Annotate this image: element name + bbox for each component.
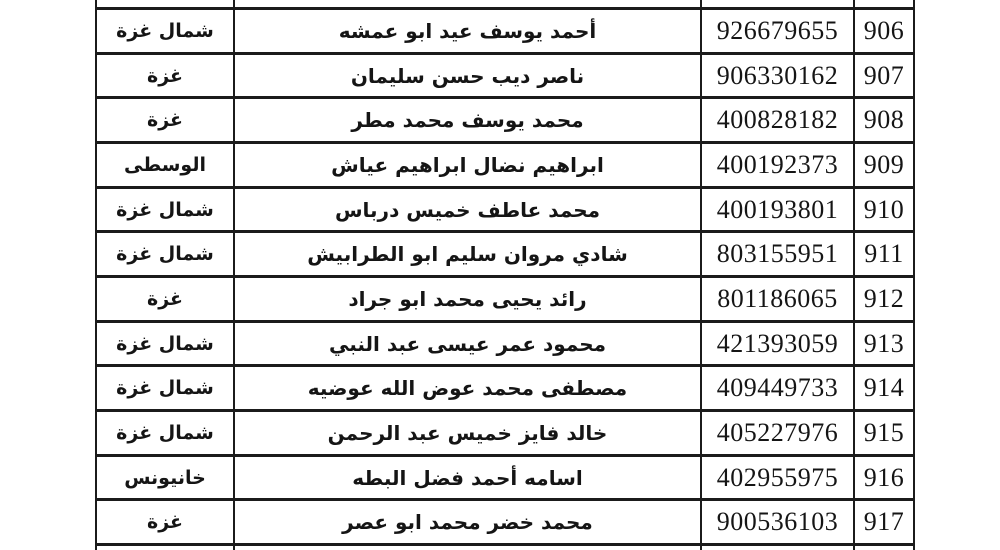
region-cell: شمال غزة xyxy=(97,10,233,52)
name-cell-partial xyxy=(233,546,700,550)
region-cell: غزة xyxy=(97,278,233,320)
name-cell: شادي مروان سليم ابو الطرابيش xyxy=(233,233,700,275)
serial-cell: 911 xyxy=(853,233,913,275)
region-cell: شمال غزة xyxy=(97,412,233,454)
table-row: غزة محمد خضر محمد ابو عصر 900536103 917 xyxy=(97,501,913,546)
id-number-cell-partial xyxy=(700,546,853,550)
serial-cell-partial xyxy=(853,546,913,550)
table-row: شمال غزة محمد عاطف خميس درباس 400193801 … xyxy=(97,189,913,234)
serial-cell: 916 xyxy=(853,457,913,499)
serial-cell: 915 xyxy=(853,412,913,454)
id-number-cell: 400192373 xyxy=(700,144,853,186)
name-cell-partial xyxy=(233,0,700,7)
table-row-partial-top xyxy=(97,0,913,10)
id-number-cell: 803155951 xyxy=(700,233,853,275)
id-number-cell: 421393059 xyxy=(700,323,853,365)
name-cell: محمود عمر عيسى عبد النبي xyxy=(233,323,700,365)
name-cell: ابراهيم نضال ابراهيم عياش xyxy=(233,144,700,186)
table-row: شمال غزة شادي مروان سليم ابو الطرابيش 80… xyxy=(97,233,913,278)
name-cell: مصطفى محمد عوض الله عوضيه xyxy=(233,367,700,409)
serial-cell: 909 xyxy=(853,144,913,186)
id-number-cell: 409449733 xyxy=(700,367,853,409)
table-body: شمال غزة أحمد يوسف عيد ابو عمشه 92667965… xyxy=(97,10,913,546)
serial-cell: 917 xyxy=(853,501,913,543)
id-number-cell: 400193801 xyxy=(700,189,853,231)
serial-cell: 907 xyxy=(853,55,913,97)
table-row: غزة محمد يوسف محمد مطر 400828182 908 xyxy=(97,99,913,144)
scanned-document-page: شمال غزة أحمد يوسف عيد ابو عمشه 92667965… xyxy=(0,0,1000,550)
region-cell: غزة xyxy=(97,55,233,97)
serial-cell: 914 xyxy=(853,367,913,409)
id-number-cell: 906330162 xyxy=(700,55,853,97)
region-cell: شمال غزة xyxy=(97,189,233,231)
region-cell-partial xyxy=(97,0,233,7)
table-row: غزة ناصر ديب حسن سليمان 906330162 907 xyxy=(97,55,913,100)
serial-cell: 910 xyxy=(853,189,913,231)
region-cell: خانيونس xyxy=(97,457,233,499)
region-cell: شمال غزة xyxy=(97,367,233,409)
name-cell: اسامه أحمد فضل البطه xyxy=(233,457,700,499)
table-row: شمال غزة أحمد يوسف عيد ابو عمشه 92667965… xyxy=(97,10,913,55)
name-cell: ناصر ديب حسن سليمان xyxy=(233,55,700,97)
region-cell: الوسطى xyxy=(97,144,233,186)
name-cell: خالد فايز خميس عبد الرحمن xyxy=(233,412,700,454)
id-number-cell: 801186065 xyxy=(700,278,853,320)
id-number-cell: 405227976 xyxy=(700,412,853,454)
records-table: شمال غزة أحمد يوسف عيد ابو عمشه 92667965… xyxy=(95,0,915,550)
serial-cell: 906 xyxy=(853,10,913,52)
id-number-cell: 402955975 xyxy=(700,457,853,499)
table-row: خانيونس اسامه أحمد فضل البطه 402955975 9… xyxy=(97,457,913,502)
table-row-partial-bottom xyxy=(97,546,913,550)
name-cell: محمد عاطف خميس درباس xyxy=(233,189,700,231)
serial-cell-partial xyxy=(853,0,913,7)
table-row: شمال غزة خالد فايز خميس عبد الرحمن 40522… xyxy=(97,412,913,457)
table-row: الوسطى ابراهيم نضال ابراهيم عياش 4001923… xyxy=(97,144,913,189)
serial-cell: 912 xyxy=(853,278,913,320)
id-number-cell: 900536103 xyxy=(700,501,853,543)
name-cell: رائد يحيى محمد ابو جراد xyxy=(233,278,700,320)
id-number-cell-partial xyxy=(700,0,853,7)
region-cell: غزة xyxy=(97,99,233,141)
serial-cell: 913 xyxy=(853,323,913,365)
table-row: شمال غزة محمود عمر عيسى عبد النبي 421393… xyxy=(97,323,913,368)
name-cell: محمد يوسف محمد مطر xyxy=(233,99,700,141)
region-cell: شمال غزة xyxy=(97,323,233,365)
id-number-cell: 400828182 xyxy=(700,99,853,141)
name-cell: محمد خضر محمد ابو عصر xyxy=(233,501,700,543)
region-cell-partial xyxy=(97,546,233,550)
id-number-cell: 926679655 xyxy=(700,10,853,52)
name-cell: أحمد يوسف عيد ابو عمشه xyxy=(233,10,700,52)
table-row: شمال غزة مصطفى محمد عوض الله عوضيه 40944… xyxy=(97,367,913,412)
table-row: غزة رائد يحيى محمد ابو جراد 801186065 91… xyxy=(97,278,913,323)
serial-cell: 908 xyxy=(853,99,913,141)
region-cell: غزة xyxy=(97,501,233,543)
region-cell: شمال غزة xyxy=(97,233,233,275)
